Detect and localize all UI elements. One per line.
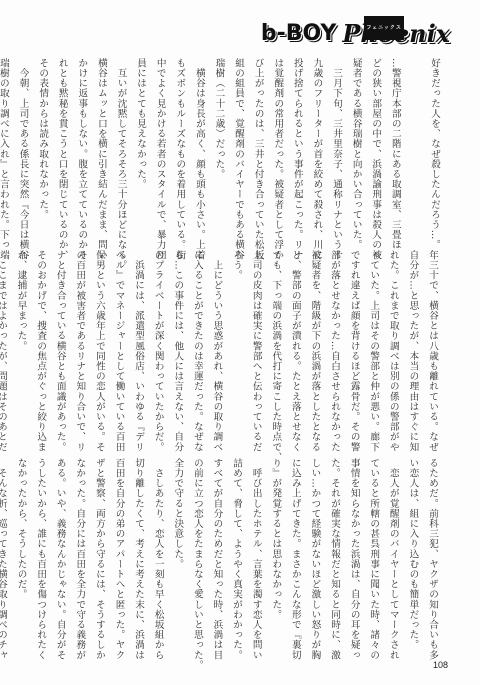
text-column: ていると所轄の甚呉刑事に聞いた時、諸々の — [364, 458, 384, 636]
text-column: と、警部の面子が潰れる。たとえ落とせなく — [285, 250, 305, 428]
text-column: なかったから、そうしたのだ。 — [11, 458, 31, 636]
text-column: すべてが自分のためだと知った時、浜渦は目 — [207, 458, 227, 636]
book-page: b-BOY Phoenix フェニックス 好きだった人を、なぜ殺したんだろう…。… — [0, 0, 480, 685]
text-column: 自分が…と思ったが、本当の理由はすぐに知 — [403, 250, 423, 428]
text-column: その表情からは読み取れなかった。 — [33, 58, 53, 228]
magazine-logo: b-BOY Phoenix フェニックス — [261, 16, 450, 46]
text-column: 百田を自分の弟のアパートへと匿った。ヤク — [109, 458, 129, 636]
text-column: 好きだった人を、なぜ殺したんだろう…。 — [424, 58, 444, 228]
text-column: しい…かつて経験がないほど激しい怒りが胸 — [305, 458, 325, 636]
logo-bboy-text: b-BOY — [261, 22, 337, 46]
text-block-middle: 年三十で、横谷とは八歳も離れている。なぜ自分が…と思ったが、本当の理由はすぐに知… — [0, 250, 442, 428]
text-column: 詰めて、脅して、ようやく真実がわかった。 — [226, 458, 246, 636]
text-column: 中でよく見かける若者のスタイルで、暴力団 — [150, 58, 170, 228]
text-column: 疑者である横谷瑞樹と向かい合っていた。 — [346, 58, 366, 228]
logo-phoenix-text: Phoenix フェニックス — [342, 22, 450, 46]
text-column: 被疑者を、階級が下の浜渦が落としたとなる — [305, 250, 325, 428]
text-column: かけに返事もしない。腹を立てているのかそ — [72, 58, 92, 228]
text-column: 横谷はムッと口を横に引き結んだまま、問い — [91, 58, 111, 228]
text-column: 全力で守ると決意した。 — [168, 458, 188, 636]
text-column: の百田が被害者であるリナと知り合いで、リ — [70, 250, 90, 428]
text-column: れ、逮捕が早まった。 — [11, 250, 31, 428]
text-column: ろう。 — [226, 250, 246, 428]
text-column: い恋人は、組に入り込むのも簡単だった。 — [403, 458, 423, 636]
text-column: ヘル』でマネージャーとして働いている百田 — [109, 250, 129, 428]
text-block-bottom: るためだ。前科三犯、ヤクザの知り合いも多い恋人は、組に入り込むのも簡単だった。 … — [0, 458, 442, 636]
text-column: 年三十で、横谷とは八歳も離れている。なぜ — [422, 250, 442, 428]
text-column: 組の組員で、覚醒剤のバイヤーでもある横谷 — [228, 58, 248, 228]
text-column: 恋人が覚醒剤のバイヤーとしてマークされ — [383, 458, 403, 636]
text-column: 部が落とせなかった…自白させられなかった — [324, 250, 344, 428]
text-column: 保男という六歳年上で同性の恋人がいる。そ — [89, 250, 109, 428]
text-column: は覚醒剤の常用者だった。被疑者として浮か — [268, 58, 288, 228]
text-column: そんな折、巡ってきた横谷取り調べのチャ — [0, 458, 11, 636]
text-column: うしたいから、誰にも百田を傷つけられたく — [31, 458, 51, 636]
text-column: の前に立つ恋人をたまらなく愛しいと思った。 — [187, 458, 207, 636]
text-column: 投げ捨てられるという事件が起こった。リナ — [287, 58, 307, 228]
text-column: 横谷は身長が高く、顔も頭も小さい。上着 — [189, 58, 209, 228]
text-column: ザと警察、両方から守るには、そうするしか — [89, 458, 109, 636]
text-column: さしあたり、恋人を一刻も早く松坂組から — [148, 458, 168, 636]
text-column: るためだ。前科三犯、ヤクザの知り合いも多 — [422, 458, 442, 636]
text-column: ここまではよかったが、問題はそのあとだ — [0, 250, 11, 428]
text-column: 互いが沈黙してそろそろ三十分ほどになる。 — [111, 58, 131, 228]
text-column: ですれ違えば顔を背けるほど露骨だ。その警 — [344, 250, 364, 428]
text-block-top: 好きだった人を、なぜ殺したんだろう…。 …警視庁本部の二階にある取調室、三畳ほど… — [0, 58, 444, 228]
text-column: もズボンもルーズなものを着用している。街 — [170, 58, 190, 228]
text-column: 三月下旬、三井里奈子、通称リナという十 — [326, 58, 346, 228]
text-column: れた。これまで取り調べは別の係の警部がや — [383, 250, 403, 428]
text-column: 事情を知らなかった浜渦は、自分の耳を疑っ — [344, 458, 364, 636]
text-column: 員にはとても見えなかった。 — [131, 58, 151, 228]
text-column: ある。いや、義務なんかじゃない。自分がそ — [50, 458, 70, 636]
page-number: 108 — [433, 660, 448, 670]
text-column: 上にどういう思惑があれ、横谷の取り調べ — [207, 250, 227, 428]
text-column: なかった。自分には百田を全力で守る義務が — [70, 458, 90, 636]
text-column: 今朝、上司である係長に突然『今日は横谷 — [13, 58, 33, 228]
text-column: り』が発覚するとは思わなかった。 — [266, 458, 286, 636]
text-column: ナと付き合っている横谷とも面識があった。 — [50, 250, 70, 428]
text-column: …警視庁本部の二階にある取調室、三畳ほ — [385, 58, 405, 228]
logo-kana-label: フェニックス — [364, 16, 404, 40]
text-column: ら…この事件には、他人には言えない、自分 — [168, 250, 188, 428]
text-column: 瑞樹の取り調べに入れ』と言われた。下っ端 — [0, 58, 13, 228]
text-column: 上司の皮肉は確実に警部へと伝わっているだ — [246, 250, 266, 428]
text-column: 呼び出したホテル、言葉を濁す恋人を問い — [246, 458, 266, 636]
text-column: に込み上げてきた。まさかこんな形で『裏切 — [285, 458, 305, 636]
text-column: そのおかげで、捜査の焦点がぐっと絞り込ま — [31, 250, 51, 428]
text-column: 浜渦には、派遣型風俗店、いわゆる『デリ — [129, 250, 149, 428]
text-column: れとも黙秘を貫こうと口を閉じているのか、 — [52, 58, 72, 228]
text-column: 九歳のフリーターが首を絞めて殺され、川に — [307, 58, 327, 228]
text-column: 切り離したくて、考えに考えた末に、浜渦は — [129, 458, 149, 636]
text-column: に入ることができたのは幸運だった。なぜな — [187, 250, 207, 428]
text-column: のプライベートが深く関わっていたからだ。 — [148, 250, 168, 428]
text-column: 瑞樹（二十二歳）だった。 — [209, 58, 229, 228]
text-column: び上がったのは、三井と付き合っていた松坂 — [248, 58, 268, 228]
text-column: どの狭い部屋の中で、浜渦諭刑事は殺人の被 — [366, 58, 386, 228]
text-column: ても、下っ端の浜渦を代打に寄こした時点で、 — [266, 250, 286, 428]
text-column: っていた。上司はその警部と仲が悪い。廊下 — [364, 250, 384, 428]
text-column: た。それが確実な情報だと知ると同時に、激 — [324, 458, 344, 636]
